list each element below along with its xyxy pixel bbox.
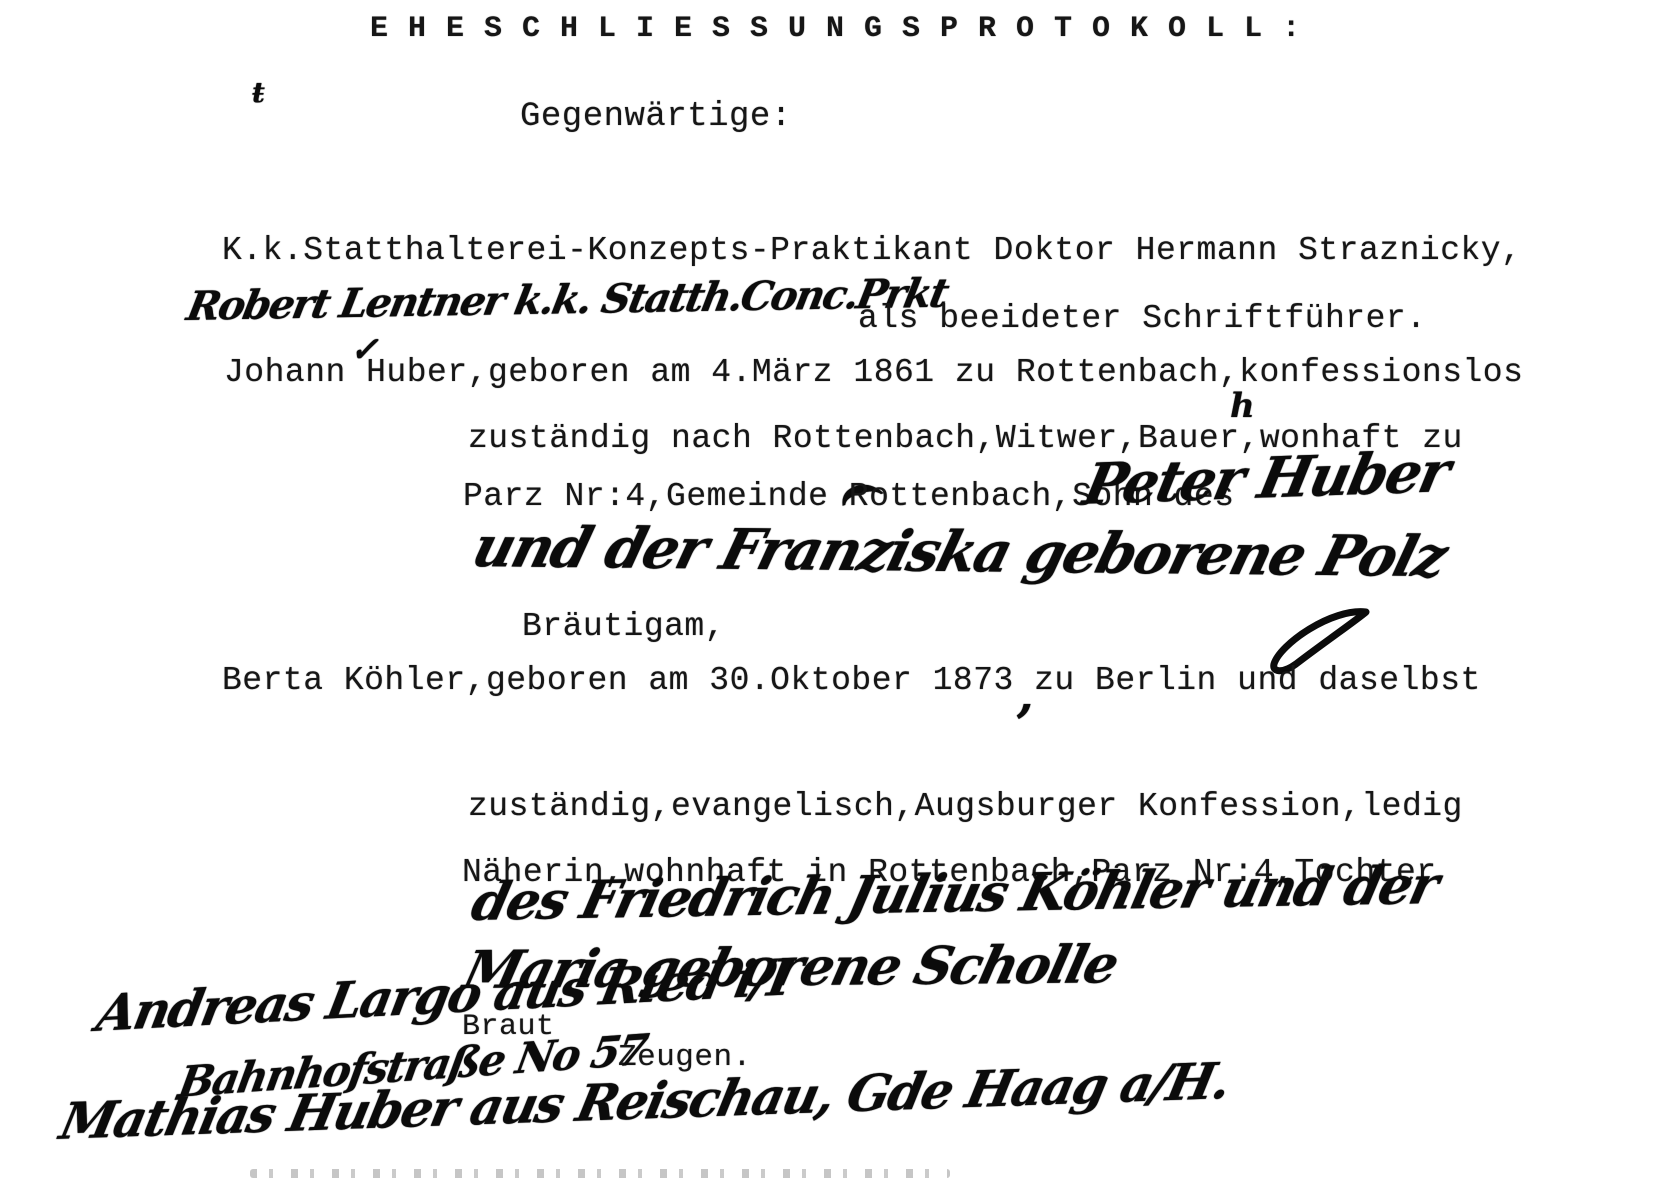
witness1-handwriting: Andreas Largo aus Ried i/I bbox=[92, 947, 796, 1043]
margin-cross-mark: ŧ bbox=[252, 76, 263, 109]
cutoff-text-remnant bbox=[250, 1169, 950, 1178]
scanned-marriage-protocol-page: EHESCHLIESSUNGSPROTOKOLL: ŧ Gegenwärtige… bbox=[0, 0, 1669, 1180]
document-title: EHESCHLIESSUNGSPROTOKOLL: bbox=[370, 12, 1320, 46]
official-praktikant-line: K.k.Statthalterei-Konzepts-Praktikant Do… bbox=[222, 232, 1521, 269]
groom-mother-handwriting: und der Franziska geborene Polz bbox=[466, 514, 1453, 590]
clerk-name-handwriting: Robert Lentner k.k. Statth.Conc.Prkt bbox=[183, 270, 951, 330]
bride-line2: zuständig,evangelisch,Augsburger Konfess… bbox=[468, 788, 1463, 825]
groom-role-label: Bräutigam, bbox=[522, 608, 725, 645]
groom-line1: Johann Huber,geboren am 4.März 1861 zu R… bbox=[224, 354, 1523, 391]
bride-line1: Berta Köhler,geboren am 30.Oktober 1873 … bbox=[222, 662, 1481, 699]
pen-mark-under-berlin: ‚ bbox=[1016, 664, 1032, 725]
section-heading: Gegenwärtige: bbox=[520, 98, 792, 136]
groom-father-handwriting: Peter Huber bbox=[1078, 439, 1455, 518]
clerk-role-line: als beeideter Schriftführer. bbox=[858, 300, 1427, 337]
